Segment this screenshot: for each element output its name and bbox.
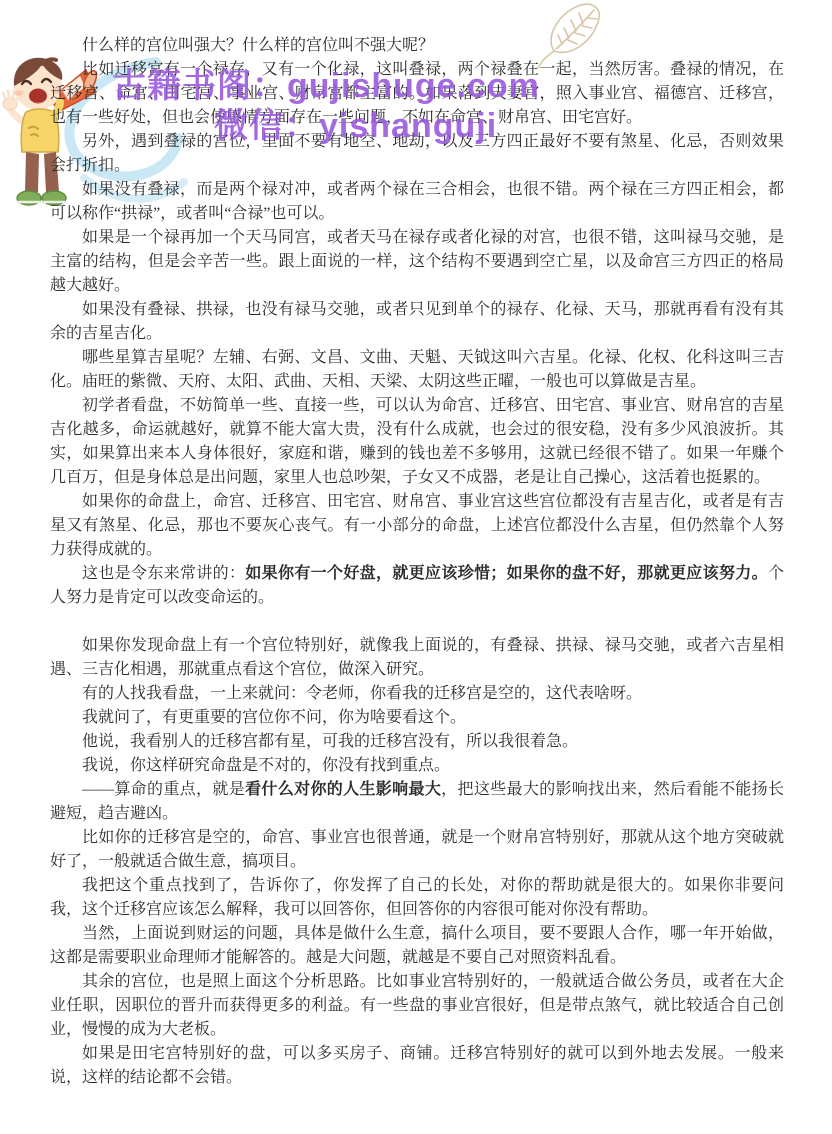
paragraph: 有的人找我看盘，一上来就问：令老师，你看我的迁移宫是空的，这代表啥呀。 [50,682,784,706]
paragraph-text: 我把这个重点找到了，告诉你了，你发挥了自己的长处，对你的帮助就是很大的。如果你非… [50,877,784,918]
paragraph-text: 比如迁移宫有一个禄存，又有一个化禄，这叫叠禄，两个禄叠在一起，当然厉害。叠禄的情… [50,61,784,126]
paragraph: 当然，上面说到财运的问题，具体是做什么生意，搞什么项目，要不要跟人合作，哪一年开… [50,922,784,970]
paragraph-text: 这也是令东来常讲的： [82,565,245,582]
paragraph: ——算命的重点，就是看什么对你的人生影响最大，把这些最大的影响找出来，然后看能不… [50,778,784,826]
paragraph-text: ——算命的重点，就是 [82,781,245,798]
paragraph-text: 当然，上面说到财运的问题，具体是做什么生意，搞什么项目，要不要跟人合作，哪一年开… [50,925,784,966]
paragraph-text: 他说，我看别人的迁移宫都有星，可我的迁移宫没有，所以我很着急。 [82,733,578,750]
paragraph: 我就问了，有更重要的宫位你不问，你为啥要看这个。 [50,706,784,730]
paragraph-text: 如果是田宅宫特别好的盘，可以多买房子、商铺。迁移宫特别好的就可以到外地去发展。一… [50,1045,784,1086]
paragraph: 哪些星算吉星呢？左辅、右弼、文昌、文曲、天魁、天钺这叫六吉星。化禄、化权、化科这… [50,346,784,394]
paragraph: 我把这个重点找到了，告诉你了，你发挥了自己的长处，对你的帮助就是很大的。如果你非… [50,874,784,922]
paragraph: 初学者看盘，不妨简单一些、直接一些，可以认为命宫、迁移宫、田宅宫、事业宫、财帛宫… [50,394,784,490]
paragraph: 如果是田宅宫特别好的盘，可以多买房子、商铺。迁移宫特别好的就可以到外地去发展。一… [50,1042,784,1090]
paragraph: 另外，遇到叠禄的宫位，里面不要有地空、地劫，以及三方四正最好不要有煞星、化忌，否… [50,130,784,178]
paragraph: 他说，我看别人的迁移宫都有星，可我的迁移宫没有，所以我很着急。 [50,730,784,754]
paragraph-text: 如果是一个禄再加一个天马同宫，或者天马在禄存或者化禄的对宫，也很不错，这叫禄马交… [50,229,784,294]
paragraph: 我说，你这样研究命盘是不对的，你没有找到重点。 [50,754,784,778]
paragraph-text: 如果你的命盘上，命宫、迁移宫、田宅宫、财帛宫、事业宫这些宫位都没有吉星吉化，或者… [50,493,784,558]
paragraph-text: 哪些星算吉星呢？左辅、右弼、文昌、文曲、天魁、天钺这叫六吉星。化禄、化权、化科这… [50,349,784,390]
paragraph: 比如你的迁移宫是空的，命宫、事业宫也很普通，就是一个财帛宫特别好，那就从这个地方… [50,826,784,874]
paragraph: 如果是一个禄再加一个天马同宫，或者天马在禄存或者化禄的对宫，也很不错，这叫禄马交… [50,226,784,298]
document-page: 古籍书阁：gujishuge.com 微信：yishanguji 什么样的宫位叫… [0,0,832,1134]
paragraph: 如果没有叠禄、拱禄，也没有禄马交驰，或者只见到单个的禄存、化禄、天马，那就再看有… [50,298,784,346]
paragraph-text: 有的人找我看盘，一上来就问：令老师，你看我的迁移宫是空的，这代表啥呀。 [82,685,642,702]
paragraph: 比如迁移宫有一个禄存，又有一个化禄，这叫叠禄，两个禄叠在一起，当然厉害。叠禄的情… [50,58,784,130]
paragraph-text: 什么样的宫位叫强大？什么样的宫位叫不强大呢？ [82,37,434,54]
paragraph-text: 我说，你这样研究命盘是不对的，你没有找到重点。 [82,757,450,774]
paragraph-text-bold: 看什么对你的人生影响最大 [245,781,441,798]
paragraph: 其余的宫位，也是照上面这个分析思路。比如事业宫特别好的，一般就适合做公务员，或者… [50,970,784,1042]
article-body: 什么样的宫位叫强大？什么样的宫位叫不强大呢？比如迁移宫有一个禄存，又有一个化禄，… [50,34,784,1090]
paragraph-text: 如果你发现命盘上有一个宫位特别好，就像我上面说的，有叠禄、拱禄、禄马交驰，或者六… [50,637,784,678]
paragraph-text: 比如你的迁移宫是空的，命宫、事业宫也很普通，就是一个财帛宫特别好，那就从这个地方… [50,829,784,870]
paragraph: 如果你发现命盘上有一个宫位特别好，就像我上面说的，有叠禄、拱禄、禄马交驰，或者六… [50,634,784,682]
paragraph-text: 如果没有叠禄、拱禄，也没有禄马交驰，或者只见到单个的禄存、化禄、天马，那就再看有… [50,301,784,342]
paragraph: 如果没有叠禄，而是两个禄对冲，或者两个禄在三合相会，也很不错。两个禄在三方四正相… [50,178,784,226]
paragraph-text: 其余的宫位，也是照上面这个分析思路。比如事业宫特别好的，一般就适合做公务员，或者… [50,973,784,1038]
paragraph-text: 如果没有叠禄，而是两个禄对冲，或者两个禄在三合相会，也很不错。两个禄在三方四正相… [50,181,784,222]
paragraph-text-bold: 如果你有一个好盘，就更应该珍惜；如果你的盘不好，那就更应该努力。 [245,565,768,582]
paragraph: 这也是令东来常讲的：如果你有一个好盘，就更应该珍惜；如果你的盘不好，那就更应该努… [50,562,784,610]
paragraph-text: 另外，遇到叠禄的宫位，里面不要有地空、地劫，以及三方四正最好不要有煞星、化忌，否… [50,133,784,174]
paragraph-text: 我就问了，有更重要的宫位你不问，你为啥要看这个。 [82,709,466,726]
paragraph: 如果你的命盘上，命宫、迁移宫、田宅宫、财帛宫、事业宫这些宫位都没有吉星吉化，或者… [50,490,784,562]
paragraph: 什么样的宫位叫强大？什么样的宫位叫不强大呢？ [50,34,784,58]
paragraph-spacer [50,610,784,634]
paragraph-text: 初学者看盘，不妨简单一些、直接一些，可以认为命宫、迁移宫、田宅宫、事业宫、财帛宫… [50,397,784,486]
